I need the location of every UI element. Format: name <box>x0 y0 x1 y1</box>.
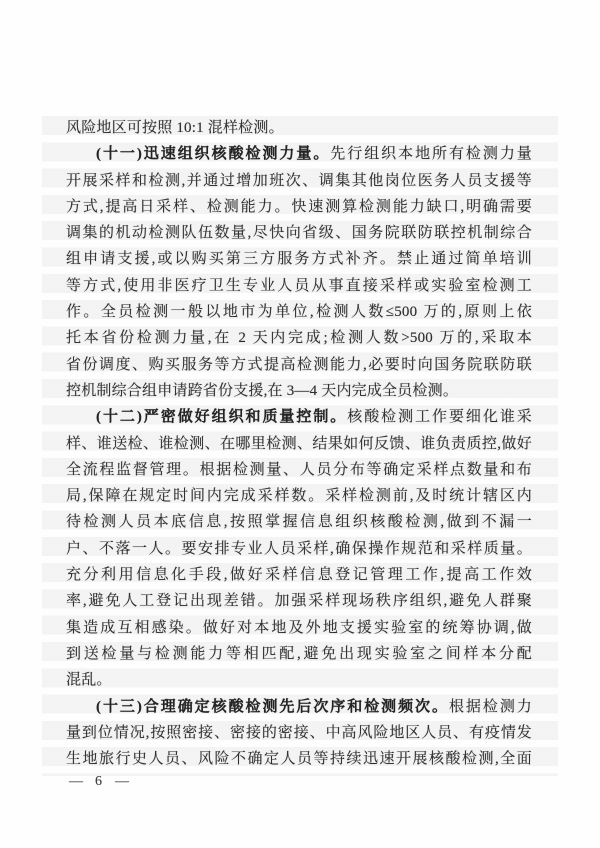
document-line: 托本省份检测力量,在 2 天内完成;检测人数>500 万的,采取本 <box>66 325 532 351</box>
paragraph-heading: (十一)迅速组织核酸检测力量。 <box>96 146 330 162</box>
body-text: 量到位情况,按照密接、密接的密接、中高风险地区人员、有疫情发 <box>66 725 532 741</box>
document-body: 风险地区可按照 10:1 混样检测。(十一)迅速组织核酸检测力量。先行组织本地所… <box>66 115 532 772</box>
document-line: 生地旅行史人员、风险不确定人员等持续迅速开展核酸检测,全面 <box>66 746 532 772</box>
document-line: 等方式,使用非医疗卫生专业人员从事直接采样或实验室检测工 <box>66 273 532 299</box>
body-text: 户、不落一人。要安排专业人员采样,确保操作规范和采样质量。 <box>66 541 532 557</box>
document-line: 全流程监督管理。根据检测量、人员分布等确定采样点数量和布 <box>66 457 532 483</box>
paragraph-heading: (十二)严密做好组织和质量控制。 <box>96 409 347 425</box>
document-line: 组申请支援,或以购买第三方服务方式补齐。禁止通过简单培训 <box>66 246 532 272</box>
body-text: 充分利用信息化手段,做好采样信息登记管理工作,提高工作效 <box>66 567 532 583</box>
body-text: 省份调度、购买服务等方式提高检测能力,必要时向国务院联防联 <box>66 357 532 373</box>
document-line: (十二)严密做好组织和质量控制。核酸检测工作要细化谁采 <box>66 404 532 430</box>
document-line: 局,保障在规定时间内完成采样数。采样检测前,及时统计辖区内 <box>66 483 532 509</box>
document-line: 控机制综合组申请跨省份支援,在 3—4 天内完成全员检测。 <box>66 378 532 404</box>
paragraph-heading: (十三)合理确定核酸检测先后次序和检测频次。 <box>96 699 449 715</box>
body-text: 核酸检测工作要细化谁采 <box>347 409 532 425</box>
document-line: 方式,提高日采样、检测能力。快速测算检测能力缺口,明确需要 <box>66 194 532 220</box>
body-text: 控机制综合组申请跨省份支援,在 3—4 天内完成全员检测。 <box>66 383 458 399</box>
body-text: 待检测人员本底信息,按照掌握信息组织核酸检测,做到不漏一 <box>66 514 532 530</box>
footer-dash-left: — <box>69 774 82 790</box>
footer-dash-right: — <box>115 774 128 790</box>
document-line: 率,避免人工登记出现差错。加强采样现场秩序组织,避免人群聚 <box>66 588 532 614</box>
body-text: 全流程监督管理。根据检测量、人员分布等确定采样点数量和布 <box>66 462 532 478</box>
document-line: 量到位情况,按照密接、密接的密接、中高风险地区人员、有疫情发 <box>66 720 532 746</box>
body-text: 组申请支援,或以购买第三方服务方式补齐。禁止通过简单培训 <box>66 251 532 267</box>
body-text: 集造成互相感染。做好对本地及外地支援实验室的统筹协调,做 <box>66 620 532 636</box>
document-line: (十一)迅速组织核酸检测力量。先行组织本地所有检测力量 <box>66 141 532 167</box>
body-text: 等方式,使用非医疗卫生专业人员从事直接采样或实验室检测工 <box>66 278 532 294</box>
page-number: 6 <box>95 774 102 790</box>
document-line: 作。全员检测一般以地市为单位,检测人数≤500 万的,原则上依 <box>66 299 532 325</box>
document-line: 集造成互相感染。做好对本地及外地支援实验室的统筹协调,做 <box>66 615 532 641</box>
document-line: 户、不落一人。要安排专业人员采样,确保操作规范和采样质量。 <box>66 536 532 562</box>
document-line: 样、谁送检、谁检测、在哪里检测、结果如何反馈、谁负责质控,做好 <box>66 431 532 457</box>
body-text: 根据检测力 <box>449 699 532 715</box>
document-line: 待检测人员本底信息,按照掌握信息组织核酸检测,做到不漏一 <box>66 509 532 535</box>
body-text: 混乱。 <box>66 672 112 688</box>
document-line: 开展采样和检测,并通过增加班次、调集其他岗位医务人员支援等 <box>66 168 532 194</box>
body-text: 率,避免人工登记出现差错。加强采样现场秩序组织,避免人群聚 <box>66 593 532 609</box>
body-text: 作。全员检测一般以地市为单位,检测人数≤500 万的,原则上依 <box>66 304 532 320</box>
body-text: 局,保障在规定时间内完成采样数。采样检测前,及时统计辖区内 <box>66 488 532 504</box>
body-text: 生地旅行史人员、风险不确定人员等持续迅速开展核酸检测,全面 <box>66 751 532 767</box>
body-text: 开展采样和检测,并通过增加班次、调集其他岗位医务人员支援等 <box>66 173 532 189</box>
body-text: 先行组织本地所有检测力量 <box>330 146 532 162</box>
body-text: 调集的机动检测队伍数量,尽快向省级、国务院联防联控机制综合 <box>66 225 532 241</box>
document-line: 到送检量与检测能力等相匹配,避免出现实验室之间样本分配 <box>66 641 532 667</box>
document-line: (十三)合理确定核酸检测先后次序和检测频次。根据检测力 <box>66 694 532 720</box>
document-line: 省份调度、购买服务等方式提高检测能力,必要时向国务院联防联 <box>66 352 532 378</box>
document-line: 调集的机动检测队伍数量,尽快向省级、国务院联防联控机制综合 <box>66 220 532 246</box>
body-text: 方式,提高日采样、检测能力。快速测算检测能力缺口,明确需要 <box>66 199 532 215</box>
document-line: 混乱。 <box>66 667 532 693</box>
body-text: 样、谁送检、谁检测、在哪里检测、结果如何反馈、谁负责质控,做好 <box>66 436 532 452</box>
body-text: 风险地区可按照 10:1 混样检测。 <box>66 120 284 136</box>
body-text: 托本省份检测力量,在 2 天内完成;检测人数>500 万的,采取本 <box>66 330 532 346</box>
document-line: 风险地区可按照 10:1 混样检测。 <box>66 115 532 141</box>
page-footer: — 6 — <box>69 774 128 790</box>
document-page: 风险地区可按照 10:1 混样检测。(十一)迅速组织核酸检测力量。先行组织本地所… <box>0 0 600 848</box>
body-text: 到送检量与检测能力等相匹配,避免出现实验室之间样本分配 <box>66 646 532 662</box>
document-line: 充分利用信息化手段,做好采样信息登记管理工作,提高工作效 <box>66 562 532 588</box>
